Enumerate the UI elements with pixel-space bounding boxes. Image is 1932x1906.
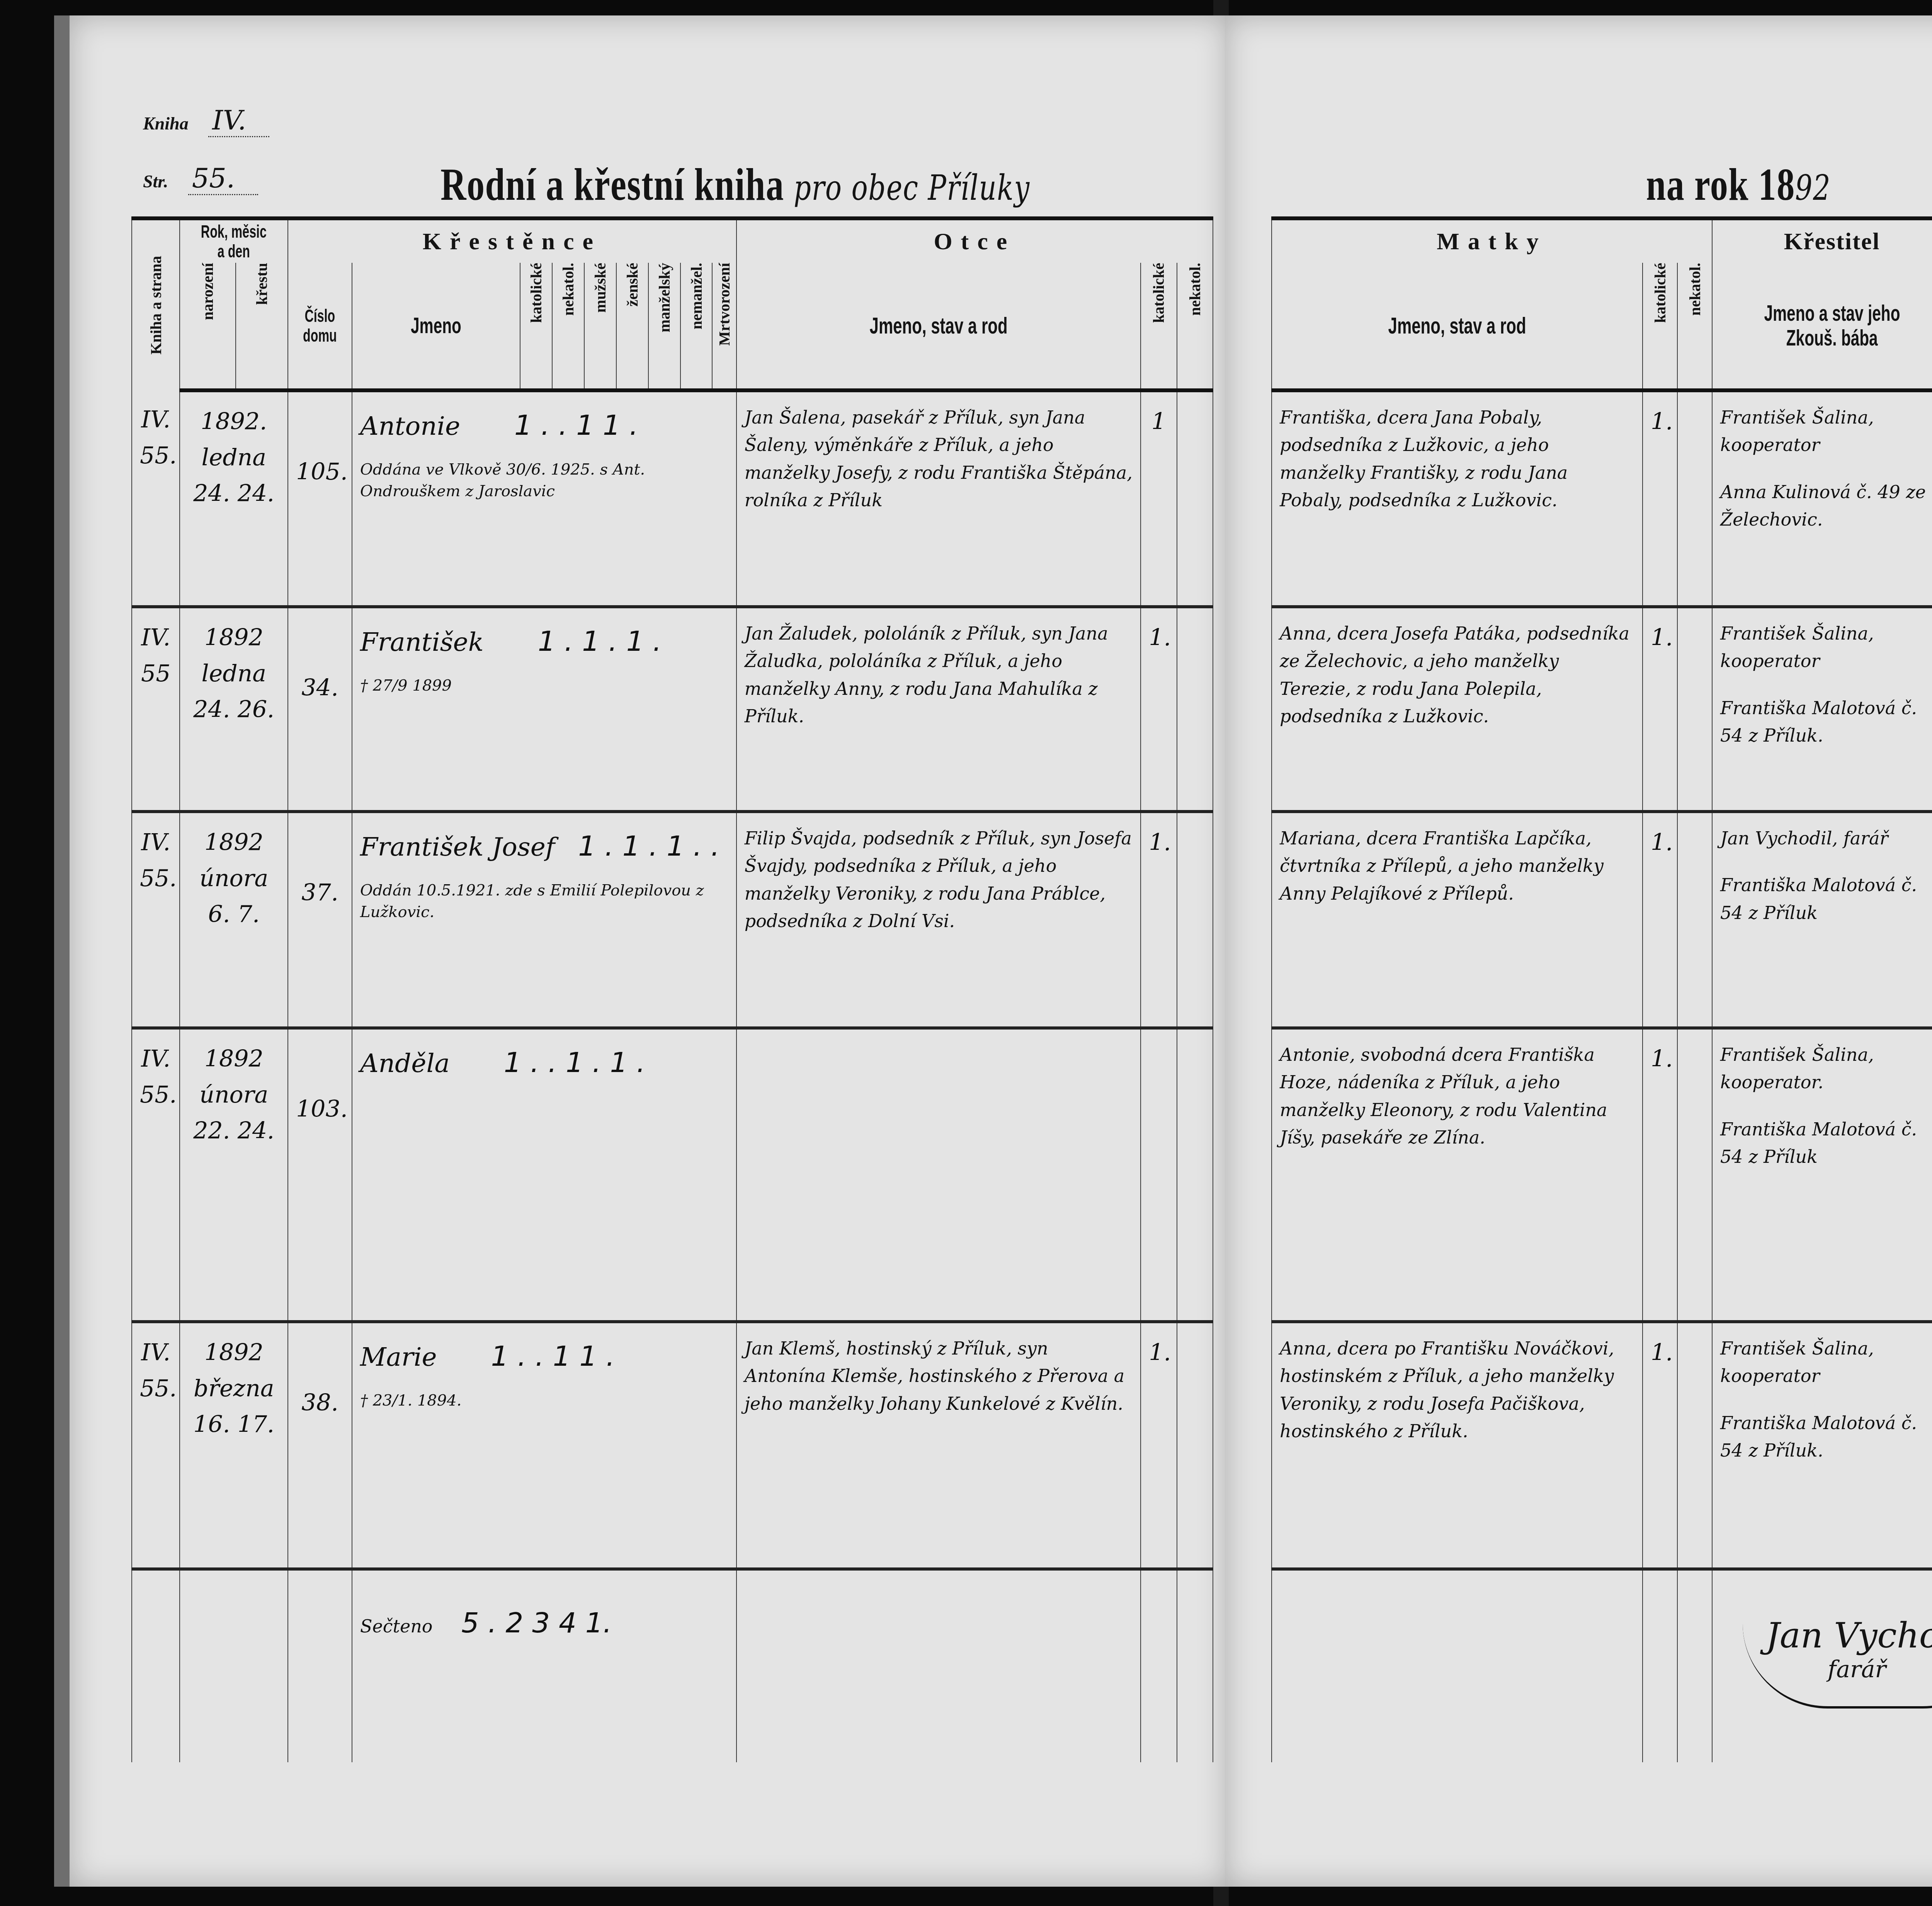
mother-religion-cell: 1. xyxy=(1643,1322,1677,1569)
col-nemanzel: nemanžel. xyxy=(680,263,713,390)
table-row: IV. 55. 1892.ledna24. 24. 105. Antonie1 … xyxy=(132,390,1213,607)
summary-values: 5 . 2 3 4 1. xyxy=(438,1576,612,1639)
year-handwritten: 92 xyxy=(1795,168,1831,208)
mother-cell: Anna, dcera Josefa Patáka, podsedníka ze… xyxy=(1272,607,1643,812)
father-cell: Jan Šalena, pasekář z Příluk, syn Jana Š… xyxy=(736,390,1141,607)
child-name-cell: Marie1 . . 1 1 .† 23/1. 1894. xyxy=(352,1322,736,1569)
father-cell: Jan Žaludek, pololáník z Příluk, syn Jan… xyxy=(736,607,1141,812)
father-cell: Jan Klemš, hostinský z Příluk, syn Anton… xyxy=(736,1322,1141,1569)
midwife-name: Františka Malotová č. 54 z Příluk xyxy=(1720,1116,1932,1171)
child-name-cell: František Josef1 . 1 . 1 . .Oddán 10.5.1… xyxy=(352,812,736,1028)
col-katolicke: katolické xyxy=(520,263,552,390)
col-narozeni: narození xyxy=(180,263,236,390)
table-row: Antonie, svobodná dcera Františka Hoze, … xyxy=(1272,1028,1932,1322)
kniha-strana-cell: IV. 55. xyxy=(132,1028,180,1322)
father-religion-cell: 1. xyxy=(1141,1322,1177,1569)
date-cell: 1892.ledna24. 24. xyxy=(180,390,288,607)
midwife-name: Františka Malotová č. 54 z Příluk xyxy=(1720,871,1932,927)
baptizer-cell: František Šalina, kooperatorFrantiška Ma… xyxy=(1712,1322,1932,1569)
house-number-cell: 37. xyxy=(288,812,352,1028)
group-krestence: Křestěnce xyxy=(288,218,736,263)
house-number-cell: 34. xyxy=(288,607,352,812)
year-title: na rok 1892 xyxy=(1646,158,1831,211)
col-kniha-strana: Kniha a strana xyxy=(132,218,180,390)
register-table-left: Kniha a strana Rok, měsic a den Křestěnc… xyxy=(131,216,1213,1762)
table-row: IV. 55. 1892března16. 17. 38. Marie1 . .… xyxy=(132,1322,1213,1569)
kniha-strana-cell: IV. 55. xyxy=(132,390,180,607)
parish-name: pro obec Příluky xyxy=(794,168,1030,208)
col-krestu: křestu xyxy=(236,263,288,390)
marriage-note: Oddána ve Vlkově 30/6. 1925. s Ant. Ondr… xyxy=(360,459,728,502)
child-name-cell: František1 . 1 . 1 .† 27/9 1899 xyxy=(352,607,736,812)
marriage-note: Oddán 10.5.1921. zde s Emilií Polepilovo… xyxy=(360,880,728,923)
mother-cell: Antonie, svobodná dcera Františka Hoze, … xyxy=(1272,1028,1643,1322)
summary-label: Sečteno xyxy=(360,1616,433,1637)
col-otce-nekatol: nekatol. xyxy=(1177,263,1213,390)
midwife-name: Františka Malotová č. 54 z Příluk. xyxy=(1720,1409,1932,1465)
table-row: Anna, dcera po Františku Nováčkovi, host… xyxy=(1272,1322,1932,1569)
mother-religion-cell: 1. xyxy=(1643,390,1677,607)
midwife-name: Františka Malotová č. 54 z Příluk. xyxy=(1720,694,1932,750)
col-mrtvorozeni: Mrtvorození xyxy=(712,263,736,390)
col-krestitel-jmeno: Jmeno a stav jehoZkouš. bába xyxy=(1712,263,1932,390)
group-otce: Otce xyxy=(736,218,1213,263)
child-name-cell: Anděla1 . . 1 . 1 . xyxy=(352,1028,736,1322)
col-matky-nekatol: nekatol. xyxy=(1677,263,1712,390)
col-zenske: ženské xyxy=(616,263,648,390)
table-row: IV. 55. 1892února6. 7. 37. František Jos… xyxy=(132,812,1213,1028)
date-cell: 1892února22. 24. xyxy=(180,1028,288,1322)
father-religion-cell: 1. xyxy=(1141,607,1177,812)
baptizer-name: František Šalina, kooperator. xyxy=(1720,1041,1932,1096)
father-religion-cell xyxy=(1141,1028,1177,1322)
midwife-name: Anna Kulinová č. 49 ze Želechovic. xyxy=(1720,478,1932,534)
father-religion-cell: 1. xyxy=(1141,812,1177,1028)
father-cell: Filip Švajda, podsedník z Příluk, syn Jo… xyxy=(736,812,1141,1028)
kniha-field: Kniha IV. xyxy=(143,104,269,136)
left-page: Kniha IV. Str. 55. Rodní a křestní kniha… xyxy=(54,15,1229,1887)
mother-religion-cell: 1. xyxy=(1643,607,1677,812)
baptizer-cell: František Šalina, kooperatorAnna Kulinov… xyxy=(1712,390,1932,607)
kniha-strana-cell: IV. 55. xyxy=(132,812,180,1028)
baptizer-cell: František Šalina, kooperatorFrantiška Ma… xyxy=(1712,607,1932,812)
mother-cell: Anna, dcera po Františku Nováčkovi, host… xyxy=(1272,1322,1643,1569)
col-matky-jmeno: Jmeno, stav a rod xyxy=(1272,263,1643,390)
table-row: Františka, dcera Jana Pobaly, podsedníka… xyxy=(1272,390,1932,607)
child-name-cell: Antonie1 . . 1 1 .Oddána ve Vlkově 30/6.… xyxy=(352,390,736,607)
col-matky-katolicke: katolické xyxy=(1643,263,1677,390)
summary-row: Sečteno 5 . 2 3 4 1. xyxy=(132,1569,1213,1762)
col-manzelsky: manželský xyxy=(648,263,680,390)
page-title: Rodní a křestní kniha pro obec Příluky xyxy=(440,158,1030,211)
col-cislo-domu: Číslo domu xyxy=(288,263,352,390)
str-field: Str. 55. xyxy=(143,162,258,194)
table-row: IV. 55. 1892února22. 24. 103. Anděla1 . … xyxy=(132,1028,1213,1322)
table-row: Mariana, dcera Františka Lapčíka, čtvrtn… xyxy=(1272,812,1932,1028)
col-muzske: mužské xyxy=(584,263,616,390)
right-page: na rok 1892 Matky Křestitel Kmotrův Jmen… xyxy=(1225,15,1932,1887)
mother-religion-cell: 1. xyxy=(1643,812,1677,1028)
date-cell: 1892ledna24. 26. xyxy=(180,607,288,812)
col-otce-jmeno: Jmeno, stav a rod xyxy=(736,263,1141,390)
kniha-strana-cell: IV. 55. xyxy=(132,1322,180,1569)
death-note: † 27/9 1899 xyxy=(360,675,728,696)
group-krestitel: Křestitel xyxy=(1712,218,1932,263)
death-note: † 23/1. 1894. xyxy=(360,1390,728,1411)
date-cell: 1892února6. 7. xyxy=(180,812,288,1028)
mother-cell: Františka, dcera Jana Pobaly, podsedníka… xyxy=(1272,390,1643,607)
baptizer-name: František Šalina, kooperator xyxy=(1720,1335,1932,1390)
kniha-value: IV. xyxy=(208,104,269,137)
house-number-cell: 38. xyxy=(288,1322,352,1569)
col-otce-katolicke: katolické xyxy=(1141,263,1177,390)
table-row: Anna, dcera Josefa Patáka, podsedníka ze… xyxy=(1272,607,1932,812)
baptizer-name: František Šalina, kooperator xyxy=(1720,404,1932,459)
group-matky: Matky xyxy=(1272,218,1712,263)
mother-religion-cell: 1. xyxy=(1643,1028,1677,1322)
summary-cell: Sečteno 5 . 2 3 4 1. xyxy=(352,1569,736,1762)
col-rok-mesic-den: Rok, měsic a den xyxy=(180,218,288,263)
house-number-cell: 103. xyxy=(288,1028,352,1322)
baptizer-cell: Jan Vychodil, farářFrantiška Malotová č.… xyxy=(1712,812,1932,1028)
house-number-cell: 105. xyxy=(288,390,352,607)
str-value: 55. xyxy=(188,162,258,195)
mother-cell: Mariana, dcera Františka Lapčíka, čtvrtn… xyxy=(1272,812,1643,1028)
register-table-right: Matky Křestitel Kmotrův Jmeno, stav a ro… xyxy=(1271,216,1932,1762)
father-religion-cell: 1 xyxy=(1141,390,1177,607)
col-nekatol: nekatol. xyxy=(552,263,584,390)
baptizer-name: František Šalina, kooperator xyxy=(1720,620,1932,675)
baptizer-cell: František Šalina, kooperator.Františka M… xyxy=(1712,1028,1932,1322)
father-cell xyxy=(736,1028,1141,1322)
col-jmeno: Jmeno xyxy=(352,263,520,390)
date-cell: 1892března16. 17. xyxy=(180,1322,288,1569)
kniha-strana-cell: IV. 55 xyxy=(132,607,180,812)
table-row: IV. 55 1892ledna24. 26. 34. František1 .… xyxy=(132,607,1213,812)
baptizer-name: Jan Vychodil, farář xyxy=(1720,825,1932,852)
